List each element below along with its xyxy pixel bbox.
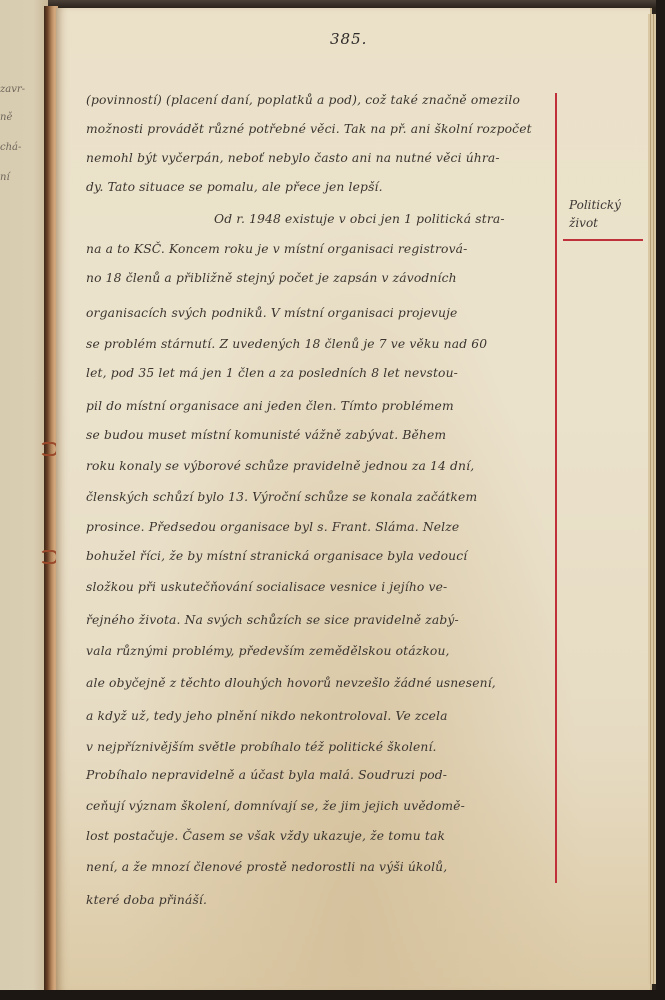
red-margin-line xyxy=(555,93,557,883)
page-number: 385. xyxy=(330,30,367,48)
text-line: v nejpříznivějším světle probíhalo též p… xyxy=(86,740,437,754)
text-line: no 18 členů a přibližně stejný počet je … xyxy=(86,271,457,285)
text-line: bohužel říci, že by místní stranická org… xyxy=(86,549,467,563)
text-line: ale obyčejně z těchto dlouhých hovorů ne… xyxy=(86,676,496,690)
margin-note-line-1: Politický xyxy=(569,196,639,214)
left-page-fragment: ně xyxy=(0,112,12,123)
background-right xyxy=(656,0,665,1000)
text-line: dy. Tato situace se pomalu, ale přece je… xyxy=(86,180,383,194)
top-shadow xyxy=(0,0,665,8)
text-line: se problém stárnutí. Z uvedených 18 člen… xyxy=(86,337,487,351)
text-line: nemohl být vyčerpán, neboť nebylo často … xyxy=(86,151,500,165)
text-line: organisacích svých podniků. V místní org… xyxy=(86,306,457,320)
left-page-edge: zavr- ně chá- ní xyxy=(0,0,48,1000)
text-line: není, a že mnozí členové prostě nedorost… xyxy=(86,860,447,874)
margin-note: Politický život xyxy=(569,196,639,232)
text-line: a když už, tedy jeho plnění nikdo nekont… xyxy=(86,709,448,723)
margin-note-underline xyxy=(563,239,643,241)
text-line: možnosti provádět různé potřebné věci. T… xyxy=(86,122,532,136)
background-bottom xyxy=(0,990,665,1000)
text-line: lost postačuje. Časem se však vždy ukazu… xyxy=(86,829,445,843)
text-line: prosince. Předsedou organisace byl s. Fr… xyxy=(86,520,459,534)
paragraph-start-line: Od r. 1948 existuje v obci jen 1 politic… xyxy=(214,212,505,226)
text-line: roku konaly se výborové schůze pravideln… xyxy=(86,459,474,473)
text-line: se budou muset místní komunisté vážně za… xyxy=(86,428,446,442)
left-page-fragment: ní xyxy=(0,172,10,183)
text-line: let, pod 35 let má jen 1 člen a za posle… xyxy=(86,366,458,380)
text-line: (povinností) (placení daní, poplatků a p… xyxy=(86,93,520,107)
text-line: pil do místní organisace ani jeden člen.… xyxy=(86,399,454,413)
text-line: které doba přináší. xyxy=(86,893,207,907)
text-line: složkou při uskutečňování socialisace ve… xyxy=(86,580,447,594)
page-edges xyxy=(648,14,656,984)
text-line: vala různými problémy, především zeměděl… xyxy=(86,644,450,658)
left-page-fragment: chá- xyxy=(0,142,21,153)
text-line: na a to KSČ. Koncem roku je v místní org… xyxy=(86,242,467,256)
text-line: řejného života. Na svých schůzích se sic… xyxy=(86,613,459,627)
text-line: Probíhalo nepravidelně a účast byla malá… xyxy=(86,768,447,782)
text-line: členských schůzí bylo 13. Výroční schůze… xyxy=(86,490,477,504)
text-line: ceňují význam školení, domnívají se, že … xyxy=(86,799,465,813)
left-page-fragment: zavr- xyxy=(0,84,25,95)
margin-note-line-2: život xyxy=(569,214,639,232)
